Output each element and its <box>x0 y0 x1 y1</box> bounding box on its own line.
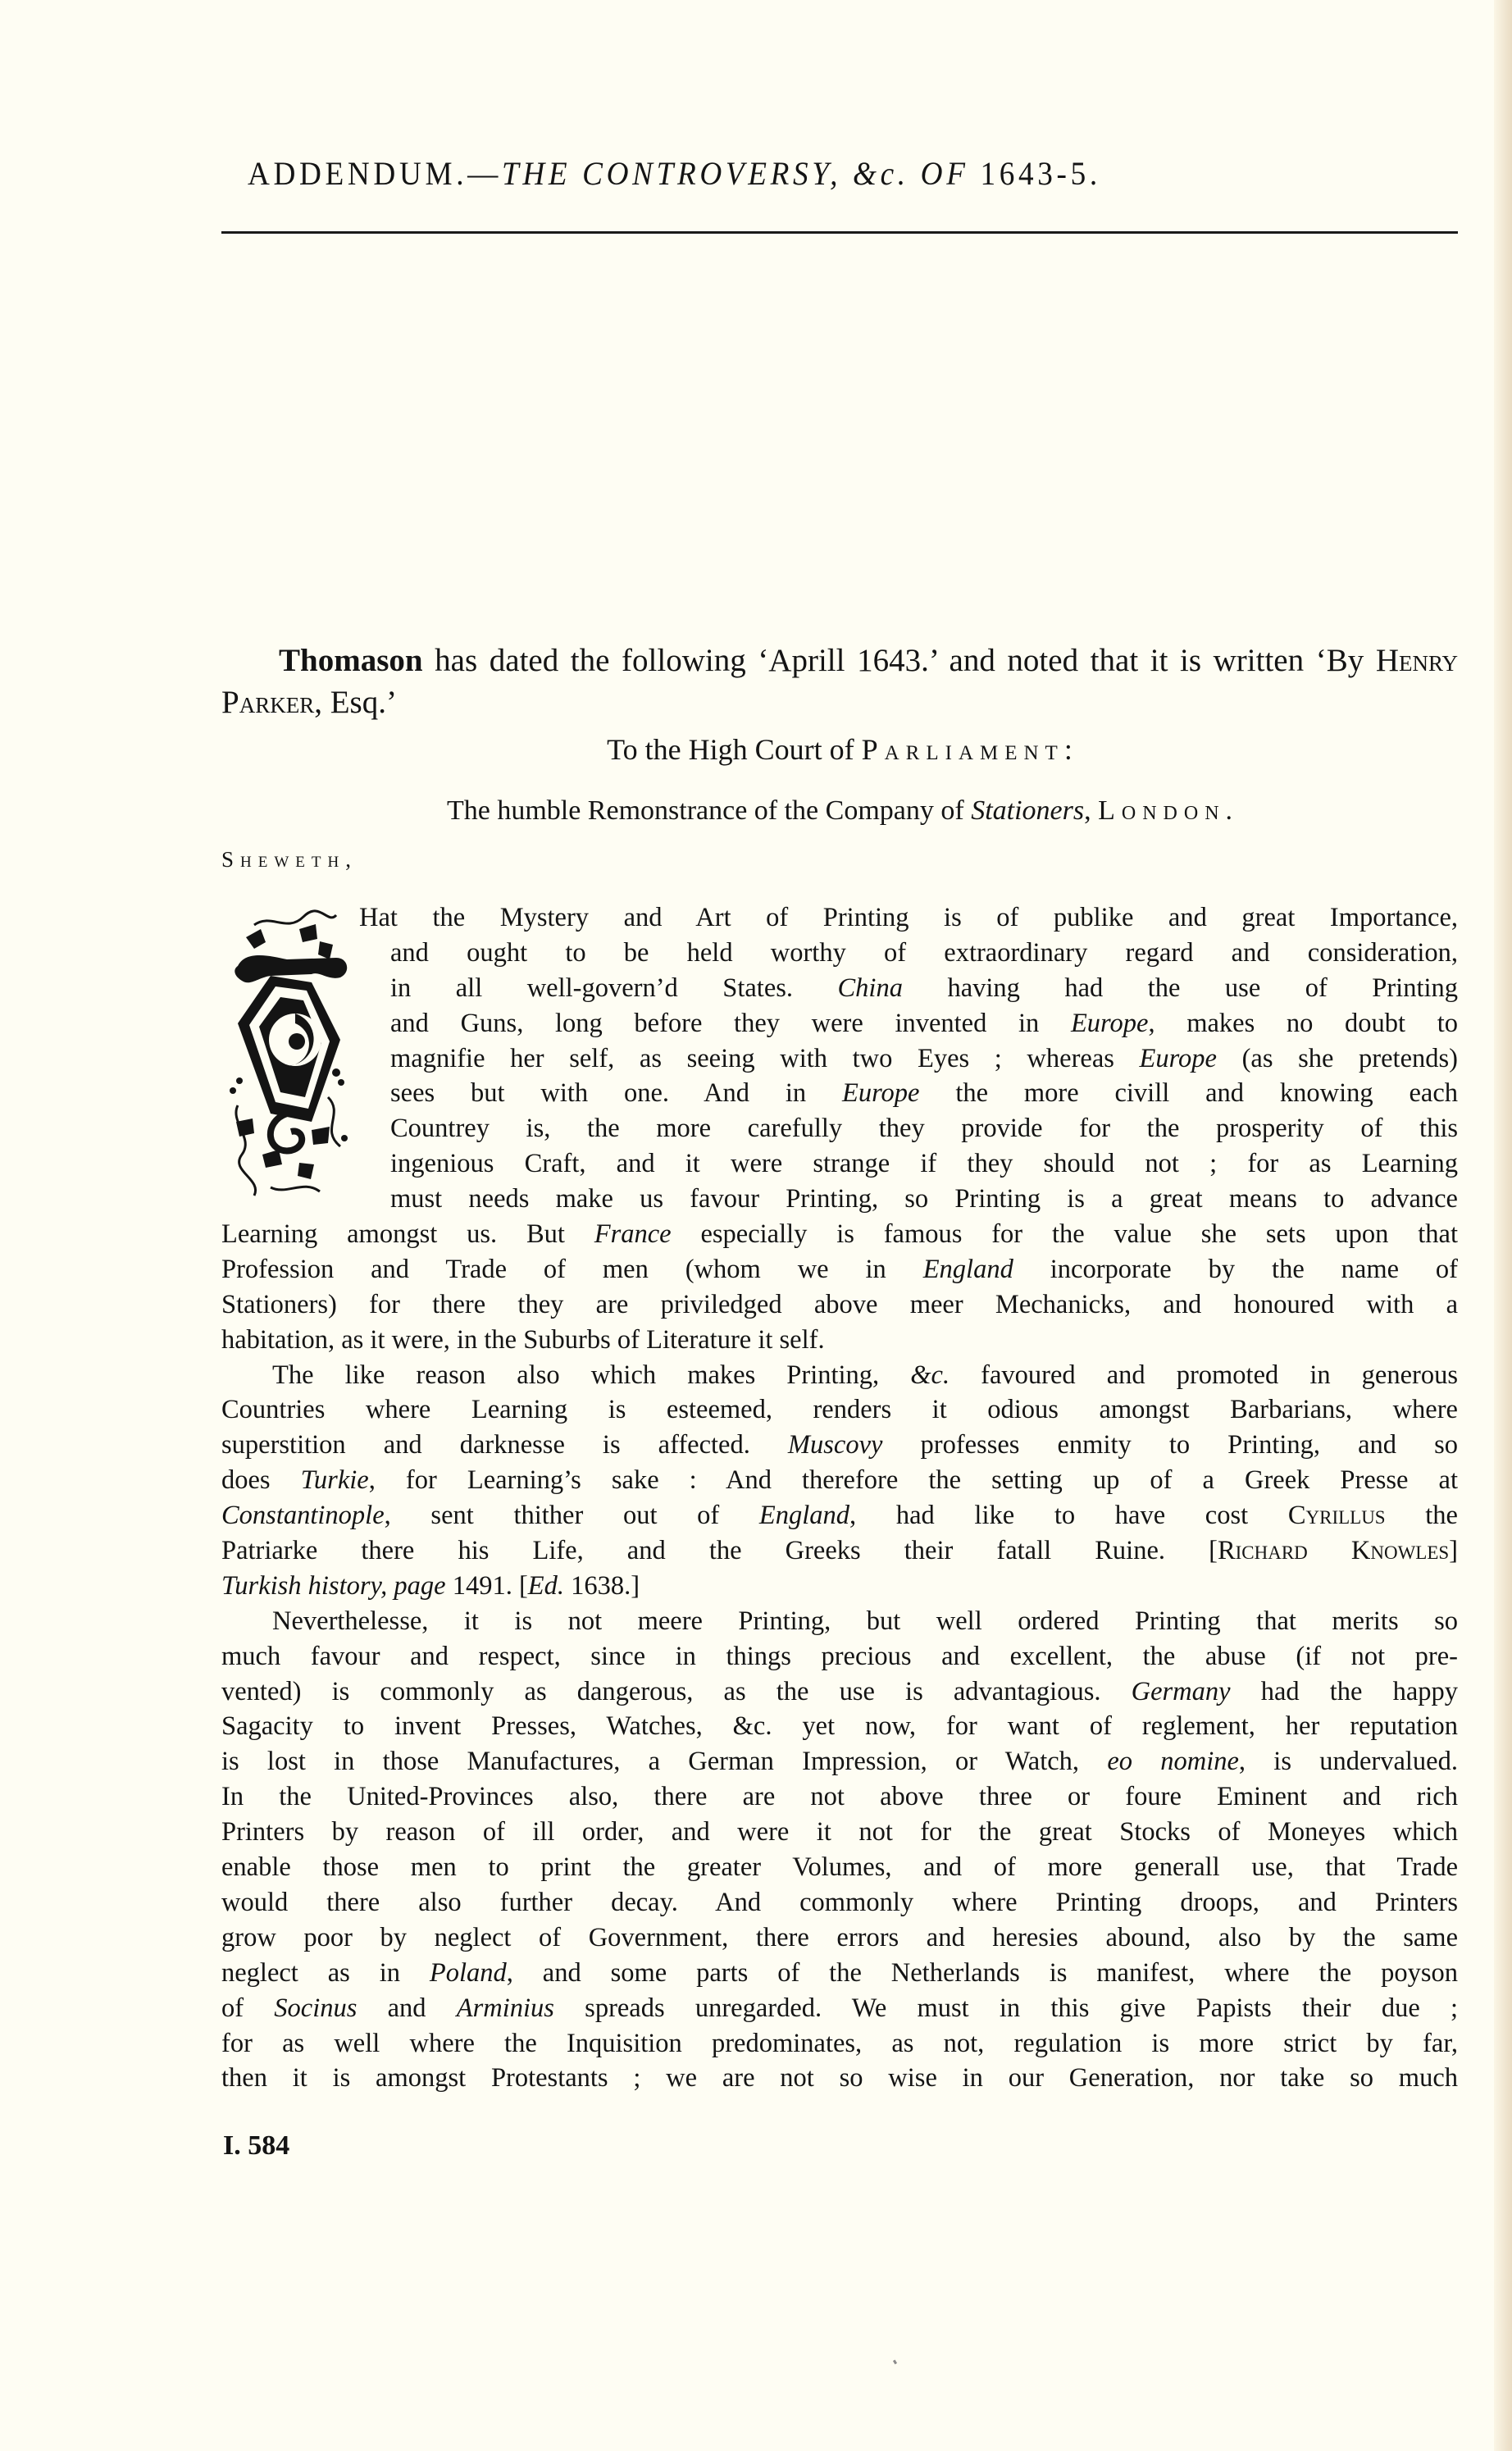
subtitle-place: London <box>1098 795 1225 826</box>
italic-term: Turkie <box>301 1465 369 1495</box>
address-suffix: : <box>1064 733 1073 766</box>
subtitle-italic: Stationers <box>971 795 1084 826</box>
text-line: Learning amongst us. But France especial… <box>221 1217 1458 1252</box>
text-line: Turkish history, page 1491. [Ed. 1638.] <box>221 1569 1458 1604</box>
text-line: and Guns, long before they were invented… <box>390 1006 1458 1041</box>
page-edge-shadow <box>1494 0 1512 2451</box>
text-line: The like reason also which makes Printin… <box>221 1358 1458 1393</box>
document-subtitle: The humble Remonstrance of the Company o… <box>221 795 1458 827</box>
italic-term: Europe <box>1140 1044 1217 1073</box>
address-heading: To the High Court of Parliament: <box>221 732 1458 767</box>
text-line: Profession and Trade of men (whom we in … <box>221 1252 1458 1287</box>
signature-mark: I. 584 <box>223 2130 289 2162</box>
italic-term: England <box>759 1501 849 1530</box>
text-line: does Turkie, for Learning’s sake : And t… <box>221 1463 1458 1498</box>
italic-term: Europe <box>1071 1009 1148 1038</box>
text-line: superstition and darknesse is affected. … <box>221 1428 1458 1463</box>
text-line: sees but with one. And in Europe the mor… <box>390 1076 1458 1111</box>
running-head-prefix: ADDENDUM.— <box>248 155 502 192</box>
running-head: ADDENDUM.—THE CONTROVERSY, &c. OF 1643-5… <box>248 154 1373 193</box>
address-prefix: To the High Court of <box>607 733 861 766</box>
text-line: grow poor by neglect of Government, ther… <box>221 1920 1458 1956</box>
text-line: enable those men to print the greater Vo… <box>221 1850 1458 1885</box>
italic-term: &c. <box>910 1360 950 1390</box>
text-line: for as well where the Inquisition predom… <box>221 2026 1458 2061</box>
text-line: Countries where Learning is esteemed, re… <box>221 1392 1458 1428</box>
paper-speck <box>893 2360 897 2365</box>
italic-term: Arminius <box>457 1993 554 2023</box>
italic-term: Turkish history, page <box>221 1571 446 1601</box>
text-line: Countrey is, the more carefully they pro… <box>390 1111 1458 1146</box>
italic-term: Socinus <box>274 1993 357 2023</box>
subtitle-prefix: The humble Remonstrance of the Company o… <box>447 795 971 826</box>
text-line: and ought to be held worthy of extraordi… <box>390 936 1458 971</box>
note-text-2: , Esq.’ <box>314 685 397 720</box>
running-head-suffix: 1643-5. <box>981 155 1101 192</box>
subtitle-comma: , <box>1084 795 1098 826</box>
text-line: would there also further decay. And comm… <box>221 1885 1458 1920</box>
text-line: In the United-Provinces also, there are … <box>221 1779 1458 1815</box>
salutation: Sheweth, <box>221 847 358 872</box>
italic-term: France <box>594 1219 672 1249</box>
text-line: vented) is commonly as dangerous, as the… <box>221 1674 1458 1710</box>
text-line: is lost in those Manufactures, a German … <box>221 1744 1458 1779</box>
text-line: Stationers) for there they are priviledg… <box>221 1287 1458 1323</box>
text-line: much favour and respect, since in things… <box>221 1639 1458 1674</box>
header-rule <box>221 231 1458 234</box>
text-line: Hat the Mystery and Art of Printing is o… <box>359 900 1458 936</box>
italic-term: Constantinople <box>221 1501 385 1530</box>
text-line: Printers by reason of ill order, and wer… <box>221 1815 1458 1850</box>
editorial-note: Thomason has dated the following ‘Aprill… <box>221 640 1458 723</box>
text-line: Patriarke there his Life, and the Greeks… <box>221 1533 1458 1569</box>
italic-term: Ed. <box>528 1571 564 1601</box>
text-line: must needs make us favour Printing, so P… <box>390 1182 1458 1217</box>
small-caps-name: Richard Knowles <box>1218 1536 1449 1565</box>
text-line: then it is amongst Protestants ; we are … <box>221 2061 1458 2096</box>
italic-term: Poland <box>430 1958 507 1988</box>
text-line: in all well-govern’d States. China havin… <box>390 971 1458 1006</box>
text-line: Sagacity to invent Presses, Watches, &c.… <box>221 1709 1458 1744</box>
address-recipient: Parliament <box>862 733 1064 766</box>
italic-term: China <box>838 973 903 1003</box>
text-line: of Socinus and Arminius spreads unregard… <box>221 1991 1458 2026</box>
text-line: habitation, as it were, in the Suburbs o… <box>221 1323 1458 1358</box>
text-line: neglect as in Poland, and some parts of … <box>221 1956 1458 1991</box>
small-caps-name: Cyrillus <box>1288 1501 1386 1530</box>
italic-term: England <box>923 1255 1013 1284</box>
text-line: Constantinople, sent thither out of Engl… <box>221 1498 1458 1533</box>
remonstrance-body: Hat the Mystery and Art of Printing is o… <box>221 900 1458 2096</box>
note-lead-name: Thomason <box>279 643 423 678</box>
text-line: magnifie her self, as seeing with two Ey… <box>390 1041 1458 1077</box>
text-line: Neverthelesse, it is not meere Printing,… <box>221 1604 1458 1639</box>
note-text-1: has dated the following ‘Aprill 1643.’ a… <box>423 643 1376 678</box>
italic-term: Muscovy <box>788 1430 883 1460</box>
italic-term: eo nomine <box>1107 1747 1239 1776</box>
text-line: ingenious Craft, and it were strange if … <box>390 1146 1458 1182</box>
subtitle-period: . <box>1226 795 1233 826</box>
italic-term: Germany <box>1132 1677 1231 1706</box>
running-head-italic: THE CONTROVERSY, &c. OF <box>502 155 969 192</box>
italic-term: Europe <box>842 1078 919 1108</box>
